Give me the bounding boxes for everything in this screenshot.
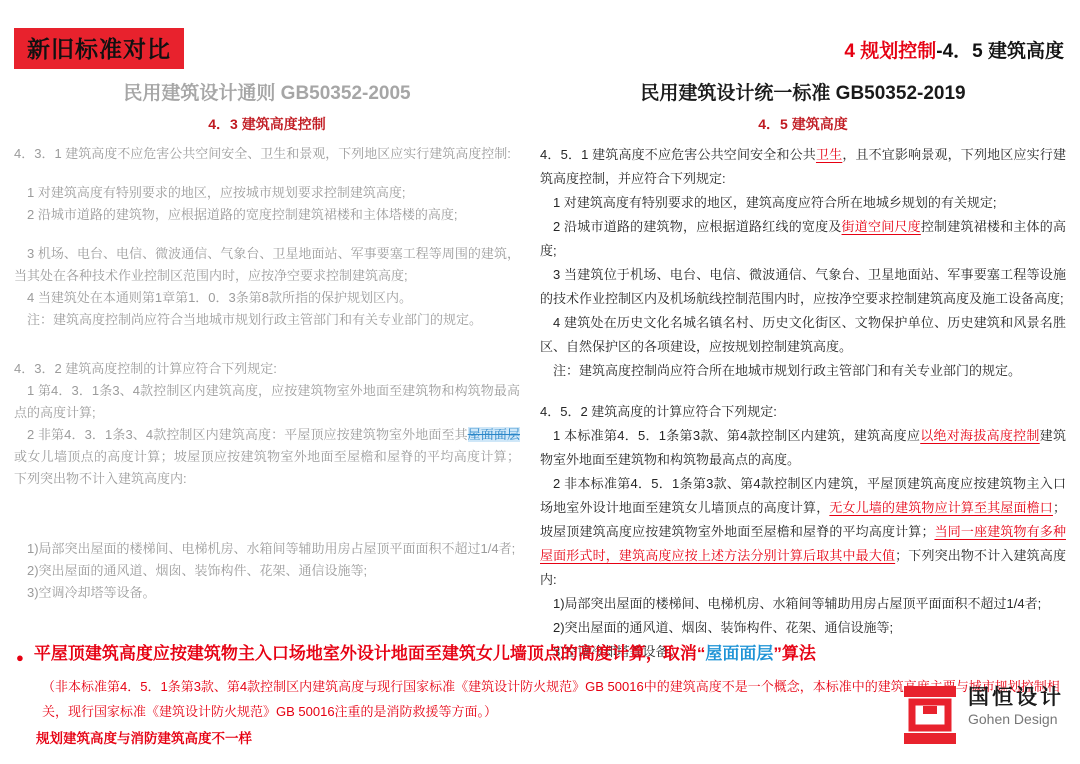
paragraph: 4．3．2 建筑高度控制的计算应符合下列规定: xyxy=(14,358,520,380)
breadcrumb-subsection: -4．5 建筑高度 xyxy=(936,41,1064,62)
text: 4．3．1 建筑高度不应危害公共空间安全、卫生和景观，下列地区应实行建筑高度控制… xyxy=(14,146,511,161)
text: 1 对建筑高度有特别要求的地区，建筑高度应符合所在地城乡规划的有关规定; xyxy=(553,195,996,210)
paragraph: 注：建筑高度控制尚应符合当地城市规划行政主管部门和有关专业部门的规定。 xyxy=(14,309,520,331)
paragraph: 2)突出屋面的通风道、烟囱、装饰构件、花架、通信设施等; xyxy=(540,616,1066,640)
text: 注：建筑高度控制尚应符合当地城市规划行政主管部门和有关专业部门的规定。 xyxy=(27,312,482,327)
paragraph: 1 对建筑高度有特别要求的地区，应按城市规划要求控制建筑高度; xyxy=(14,182,520,204)
breadcrumb: 4 规划控制-4．5 建筑高度 xyxy=(844,36,1064,63)
slide: 新旧标准对比 4 规划控制-4．5 建筑高度 民用建筑设计通则 GB50352-… xyxy=(0,0,1080,764)
paragraph: 3 当建筑位于机场、电台、电信、微波通信、气象台、卫星地面站、军事要塞工程等设施… xyxy=(540,263,1066,311)
summary-bullet-line: ● 平屋顶建筑高度应按建筑物主入口场地室外设计地面至建筑女儿墙顶点的高度计算，取… xyxy=(14,642,1066,670)
new-standard-title: 民用建筑设计统一标准 GB50352-2019 xyxy=(540,78,1066,105)
text: 4．5．2 建筑高度的计算应符合下列规定: xyxy=(540,404,777,419)
paragraph: 2 沿城市道路的建筑物，应根据道路的宽度控制建筑裙楼和主体塔楼的高度; xyxy=(14,204,520,226)
paragraph: 3)空调冷却塔等设备。 xyxy=(14,582,520,604)
text: 2 沿城市道路的建筑物，应根据道路的宽度控制建筑裙楼和主体塔楼的高度; xyxy=(27,207,457,222)
bullet-icon: ● xyxy=(16,646,24,670)
logo-name-cn: 国恒设计 xyxy=(968,686,1064,710)
paragraph: 1 对建筑高度有特别要求的地区，建筑高度应符合所在地城乡规划的有关规定; xyxy=(540,191,1066,215)
comparison-columns: 民用建筑设计通则 GB50352-2005 4．3 建筑高度控制 4．3．1 建… xyxy=(14,78,1066,664)
paragraph: 4．5．2 建筑高度的计算应符合下列规定: xyxy=(540,400,1066,424)
text: 1)局部突出屋面的楼梯间、电梯机房、水箱间等辅助用房占屋顶平面面积不超过1/4者… xyxy=(553,596,1041,611)
new-standard-section-title: 4．5 建筑高度 xyxy=(540,114,1066,134)
breadcrumb-section: 4 规划控制 xyxy=(844,41,936,62)
highlighted-text: 屋面面层 xyxy=(468,427,520,442)
text: 注：建筑高度控制尚应符合所在地城市规划行政主管部门和有关专业部门的规定。 xyxy=(553,363,1021,378)
text: 3 机场、电台、电信、微波通信、气象台、卫星地面站、军事要塞工程等周围的建筑，当… xyxy=(14,246,520,283)
new-standard-body: 4．5．1 建筑高度不应危害公共空间安全和公共卫生，且不宜影响景观，下列地区应实… xyxy=(540,143,1066,664)
paragraph: 1 本标准第4．5．1条第3款、第4款控制区内建筑，建筑高度应以绝对海拔高度控制… xyxy=(540,424,1066,472)
highlighted-text: 无女儿墙的建筑物应计算至其屋面檐口 xyxy=(829,500,1053,515)
summary-text: 平屋顶建筑高度应按建筑物主入口场地室外设计地面至建筑女儿墙顶点的高度计算，取消“… xyxy=(34,642,816,666)
text: 1 对建筑高度有特别要求的地区，应按城市规划要求控制建筑高度; xyxy=(27,185,405,200)
old-standard-section-title: 4．3 建筑高度控制 xyxy=(14,114,520,134)
paragraph: 2 沿城市道路的建筑物，应根据道路红线的宽度及街道空间尺度控制建筑裙楼和主体的高… xyxy=(540,215,1066,263)
paragraph: 4．5．1 建筑高度不应危害公共空间安全和公共卫生，且不宜影响景观，下列地区应实… xyxy=(540,143,1066,191)
old-standard-body: 4．3．1 建筑高度不应危害公共空间安全、卫生和景观，下列地区应实行建筑高度控制… xyxy=(14,143,520,604)
text: 4．5．1 建筑高度不应危害公共空间安全和公共 xyxy=(540,147,816,162)
logo-text: 国恒设计 Gohen Design xyxy=(968,686,1064,728)
company-logo: 国恒设计 Gohen Design xyxy=(902,686,1064,744)
gohen-logo-icon xyxy=(902,686,958,744)
text: 2)突出屋面的通风道、烟囱、装饰构件、花架、通信设施等; xyxy=(553,620,893,635)
text: 1 本标准第4．5．1条第3款、第4款控制区内建筑，建筑高度应 xyxy=(553,428,920,443)
text: 或女儿墙顶点的高度计算；坡屋顶应按建筑物室外地面至屋檐和屋脊的平均高度计算；下列… xyxy=(14,449,520,486)
paragraph: 2 非第4．3．1条3、4款控制区内建筑高度：平屋顶应按建筑物室外地面至其屋面面… xyxy=(14,424,520,490)
text: 4．3．2 建筑高度控制的计算应符合下列规定: xyxy=(14,361,277,376)
paragraph: 4．3．1 建筑高度不应危害公共空间安全、卫生和景观，下列地区应实行建筑高度控制… xyxy=(14,143,520,165)
text: 2)突出屋面的通风道、烟囱、装饰构件、花架、通信设施等; xyxy=(27,563,367,578)
old-standard-title: 民用建筑设计通则 GB50352-2005 xyxy=(14,78,520,105)
comparison-badge: 新旧标准对比 xyxy=(14,28,184,69)
paragraph: 注：建筑高度控制尚应符合所在地城市规划行政主管部门和有关专业部门的规定。 xyxy=(540,359,1066,383)
highlighted-text: 屋面面层 xyxy=(705,644,773,663)
paragraph: 2 非本标准第4．5．1条第3款、第4款控制区内建筑，平屋顶建筑高度应按建筑物主… xyxy=(540,472,1066,592)
old-standard-column: 民用建筑设计通则 GB50352-2005 4．3 建筑高度控制 4．3．1 建… xyxy=(14,78,520,664)
highlighted-text: 以绝对海拔高度控制 xyxy=(920,428,1039,443)
highlighted-text: 街道空间尺度 xyxy=(842,219,921,234)
paragraph: 3 机场、电台、电信、微波通信、气象台、卫星地面站、军事要塞工程等周围的建筑，当… xyxy=(14,243,520,287)
paragraph: 1)局部突出屋面的楼梯间、电梯机房、水箱间等辅助用房占屋顶平面面积不超过1/4者… xyxy=(540,592,1066,616)
text: 2 沿城市道路的建筑物，应根据道路红线的宽度及 xyxy=(553,219,842,234)
paragraph: 1)局部突出屋面的楼梯间、电梯机房、水箱间等辅助用房占屋顶平面面积不超过1/4者… xyxy=(14,538,520,560)
new-standard-column: 民用建筑设计统一标准 GB50352-2019 4．5 建筑高度 4．5．1 建… xyxy=(540,78,1066,664)
text: 3 当建筑位于机场、电台、电信、微波通信、气象台、卫星地面站、军事要塞工程等设施… xyxy=(540,267,1066,306)
text: ”算法 xyxy=(773,644,816,663)
paragraph: 4 当建筑处在本通则第1章第1．0．3条第8款所指的保护规划区内。 xyxy=(14,287,520,309)
text: 平屋顶建筑高度应按建筑物主入口场地室外设计地面至建筑女儿墙顶点的高度计算，取消“ xyxy=(34,644,706,663)
paragraph: 4 建筑处在历史文化名城名镇名村、历史文化街区、文物保护单位、历史建筑和风景名胜… xyxy=(540,311,1066,359)
text: 1)局部突出屋面的楼梯间、电梯机房、水箱间等辅助用房占屋顶平面面积不超过1/4者… xyxy=(27,541,515,556)
highlighted-text: 卫生 xyxy=(816,147,842,162)
text: 2 非第4．3．1条3、4款控制区内建筑高度：平屋顶应按建筑物室外地面至其 xyxy=(27,427,468,442)
text: 4 当建筑处在本通则第1章第1．0．3条第8款所指的保护规划区内。 xyxy=(27,290,412,305)
paragraph: 1 第4．3．1条3、4款控制区内建筑高度，应按建筑物室外地面至建筑物和构筑物最… xyxy=(14,380,520,424)
text: 1 第4．3．1条3、4款控制区内建筑高度，应按建筑物室外地面至建筑物和构筑物最… xyxy=(14,383,520,420)
text: 4 建筑处在历史文化名城名镇名村、历史文化街区、文物保护单位、历史建筑和风景名胜… xyxy=(540,315,1066,354)
paragraph: 2)突出屋面的通风道、烟囱、装饰构件、花架、通信设施等; xyxy=(14,560,520,582)
text: 3)空调冷却塔等设备。 xyxy=(27,585,156,600)
logo-name-en: Gohen Design xyxy=(968,710,1064,728)
